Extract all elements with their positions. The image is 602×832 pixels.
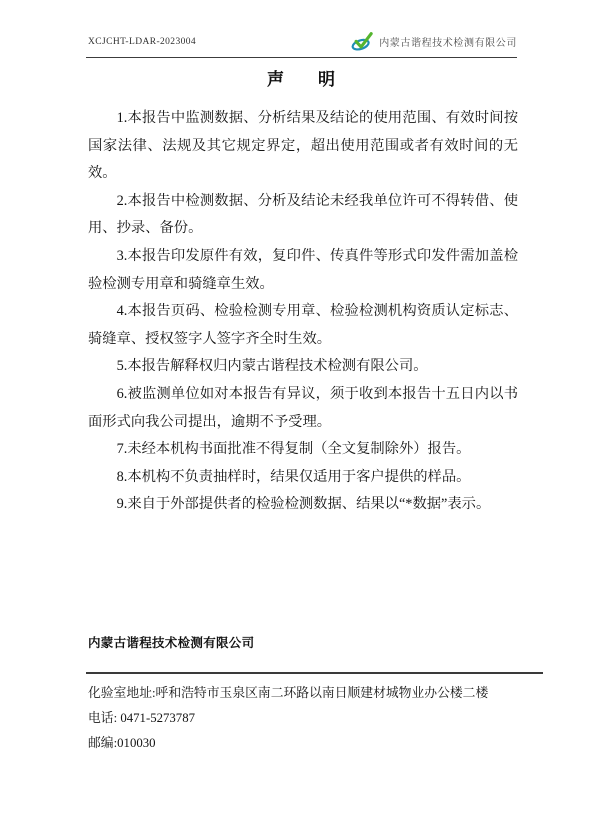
footer-postal-code: 邮编:010030 [88,731,528,756]
statement-paragraph-2: 2.本报告中检测数据、分析及结论未经我单位许可不得转借、使用、抄录、备份。 [88,188,518,243]
statement-paragraph-8: 8.本机构不负责抽样时，结果仅适用于客户提供的样品。 [88,464,518,492]
report-statement-page: XCJCHT-LDAR-2023004 内蒙古谐程技术检测有限公司 声 明 1.… [0,0,602,832]
statements-list: 1.本报告中监测数据、分析结果及结论的使用范围、有效时间按国家法律、法规及其它规… [88,105,518,519]
statement-paragraph-4: 4.本报告页码、检验检测专用章、检验检测机构资质认定标志、骑缝章、授权签字人签字… [88,298,518,353]
footer-lab-address: 化验室地址:呼和浩特市玉泉区南二环路以南日顺建材城物业办公楼二楼 [88,681,528,706]
footer-company-name: 内蒙古谐程技术检测有限公司 [88,633,254,651]
footer-contact-block: 化验室地址:呼和浩特市玉泉区南二环路以南日顺建材城物业办公楼二楼 电话: 047… [88,681,528,756]
statement-paragraph-9: 9.来自于外部提供者的检验检测数据、结果以“*数据”表示。 [88,491,518,519]
statement-paragraph-3: 3.本报告印发原件有效，复印件、传真件等形式印发件需加盖检验检测专用章和骑缝章生… [88,243,518,298]
header-company-block: 内蒙古谐程技术检测有限公司 [351,29,517,53]
footer-phone: 电话: 0471-5273787 [88,706,528,731]
report-code: XCJCHT-LDAR-2023004 [88,37,196,47]
statement-paragraph-5: 5.本报告解释权归内蒙古谐程技术检测有限公司。 [88,353,518,381]
header-company-name: 内蒙古谐程技术检测有限公司 [379,34,517,49]
footer-rule [86,672,543,674]
page-title: 声 明 [0,65,602,90]
company-logo-icon [351,29,373,53]
header-rule [86,57,517,58]
statement-paragraph-6: 6.被监测单位如对本报告有异议，须于收到本报告十五日内以书面形式向我公司提出，逾… [88,381,518,436]
statement-paragraph-1: 1.本报告中监测数据、分析结果及结论的使用范围、有效时间按国家法律、法规及其它规… [88,105,518,188]
statement-paragraph-7: 7.未经本机构书面批准不得复制（全文复制除外）报告。 [88,436,518,464]
